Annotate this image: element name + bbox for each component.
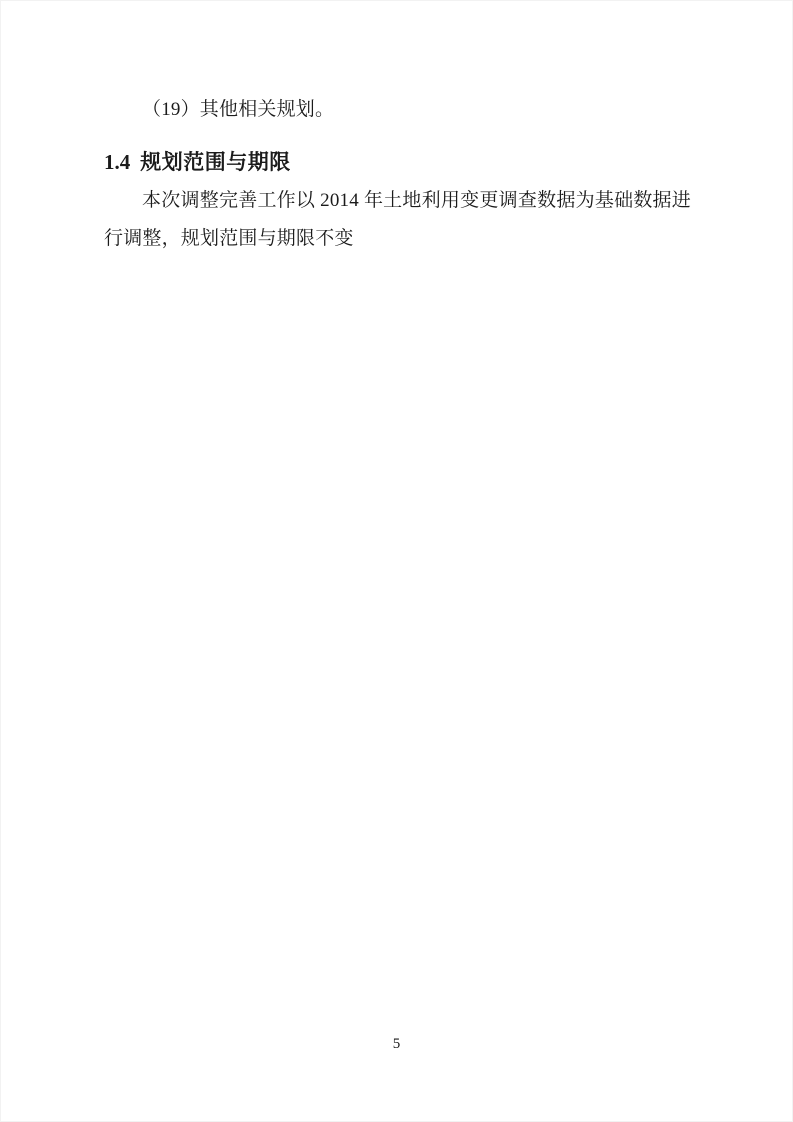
section-heading: 1.4规划范围与期限	[104, 147, 691, 178]
document-page: （19）其他相关规划。 1.4规划范围与期限 本次调整完善工作以 2014 年土…	[0, 0, 793, 1122]
section-heading-title: 规划范围与期限	[140, 151, 291, 174]
body-paragraph: 本次调整完善工作以 2014 年土地利用变更调查数据为基础数据进行调整，规划范围…	[104, 182, 691, 258]
page-content: （19）其他相关规划。 1.4规划范围与期限 本次调整完善工作以 2014 年土…	[104, 91, 691, 258]
list-item-19: （19）其他相关规划。	[104, 91, 691, 129]
page-number: 5	[1, 1035, 792, 1053]
section-heading-number: 1.4	[104, 150, 130, 174]
